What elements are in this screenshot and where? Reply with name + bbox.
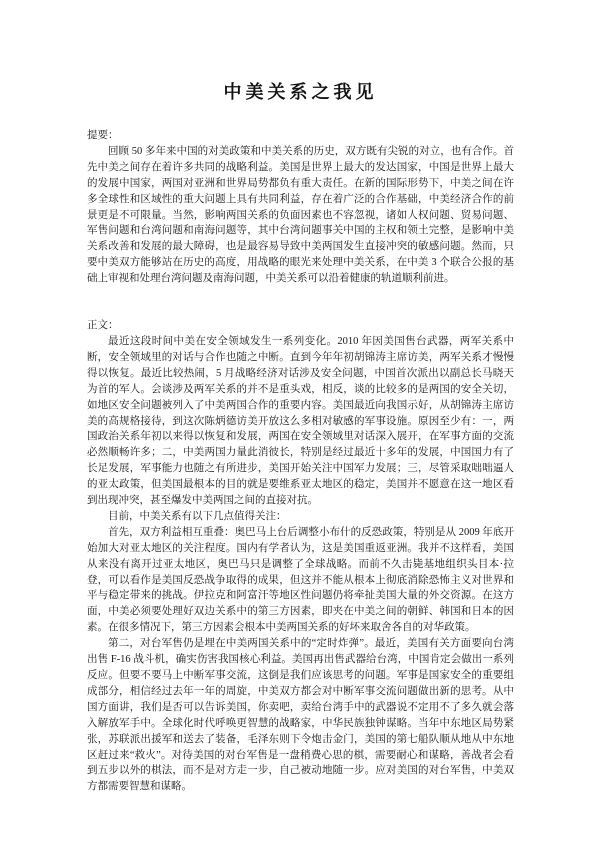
- body-label: 正文：: [87, 318, 514, 334]
- document-title: 中美关系之我见: [87, 80, 514, 104]
- body-paragraph-2: 目前，中美关系有以下几点值得关注：: [87, 509, 514, 525]
- body-paragraph-4: 第二，对台军售仍是埋在中美两国关系中的“定时炸弹”。最近，美国有关方面要向台湾出…: [87, 636, 514, 795]
- body-paragraph-1: 最近这段时间中美在安全领域发生一系列变化。2010 年因美国售台武器，两军关系中…: [87, 334, 514, 509]
- abstract-section: 提要： 回顾 50 多年来中国的对美政策和中美关系的历史，双方既有尖锐的对立，也…: [87, 128, 514, 287]
- abstract-label: 提要：: [87, 128, 514, 144]
- abstract-paragraph: 回顾 50 多年来中国的对美政策和中美关系的历史，双方既有尖锐的对立，也有合作。…: [87, 144, 514, 287]
- body-paragraph-3: 首先，双方利益相互重叠：奥巴马上台后调整小布什的反恐政策，特别是从 2009 年…: [87, 525, 514, 636]
- document-page: 中美关系之我见 提要： 回顾 50 多年来中国的对美政策和中美关系的历史，双方既…: [0, 0, 600, 850]
- body-section: 正文： 最近这段时间中美在安全领域发生一系列变化。2010 年因美国售台武器，两…: [87, 318, 514, 795]
